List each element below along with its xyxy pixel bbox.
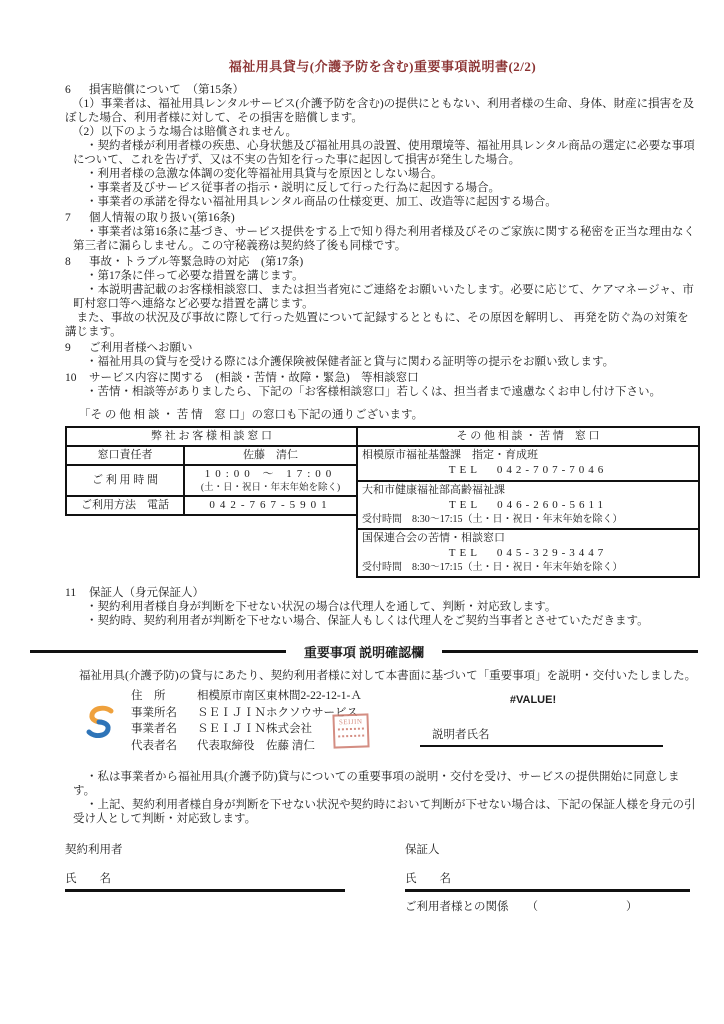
office-label: 事業所名 xyxy=(131,705,197,722)
signature-section: 契約利用者 氏 名 保証人 氏 名 ご利用者様との関係（） xyxy=(65,842,700,915)
document-page: 福祉用具貸与(介護予防を含む)重要事項説明書(2/2) 6損害賠償について （第… xyxy=(0,0,724,1024)
signature-line-guarantor xyxy=(405,889,690,892)
section-6-bullet-4: ・事業者の承諾を得ない福祉用具レンタル商品の仕様変更、加工、改造等に起因する場合… xyxy=(65,195,700,209)
section-heading-text: 事故・トラブル等緊急時の対応 (第17条) xyxy=(89,256,303,268)
seal-illegible-text xyxy=(338,735,364,741)
explainer-name-field: 説明者氏名 xyxy=(420,726,663,747)
tel-number: 042-707-7046 xyxy=(497,464,607,476)
section-6-bullet-1: ・契約者様が利用者様の疾患、心身状態及び福祉用具の設置、使用環境等、福祉用具レン… xyxy=(65,139,700,167)
contact-tel: TEL046-260-5611 xyxy=(362,498,694,513)
agreement-bullet-1: ・私は事業者から福祉用具(介護予防)貸与についての重要事項の説明・交付を受け、サ… xyxy=(65,770,700,798)
table-row: 窓口責任者 佐藤 清仁 xyxy=(67,447,356,466)
agreement-bullet-2: ・上記、契約利用者様自身が判断を下せない状況や契約時において判断が下せない場合は… xyxy=(65,798,700,826)
section-8-paragraph: また、事故の状況及び事故に際して行った処置について記録するとともに、その原因を解… xyxy=(65,311,700,339)
section-consultation: 10サービス内容に関する (相談・苦情・故障・緊急) 等相談窓口 ・苦情・相談等… xyxy=(65,371,700,399)
section-number: 10 xyxy=(65,371,89,385)
contact-name: 国保連合会の苦情・相談窓口 xyxy=(362,531,694,546)
section-8-heading: 8事故・トラブル等緊急時の対応 (第17条) xyxy=(65,255,700,269)
business-hours: 10:00 ～ 17:00 xyxy=(187,467,354,482)
company-rep-row: 代表者名代表取締役 佐藤 清仁 xyxy=(131,738,362,755)
section-number: 11 xyxy=(65,586,89,600)
relation-paren-close: ） xyxy=(626,901,638,913)
confirmation-title: 重要事項 説明確認欄 xyxy=(286,642,442,661)
confirmation-intro: 福祉用具(介護予防)の貸与にあたり、契約利用者様に対して本書面に基づいて「重要事… xyxy=(65,669,700,683)
table-row: ご利用方法 電話 042-767-5901 xyxy=(67,497,356,514)
section-number: 7 xyxy=(65,211,89,225)
row-value: 10:00 ～ 17:00 (土・日・祝日・年末年始を除く) xyxy=(185,466,356,495)
contact-entry: 大和市健康福祉部高齢福祉課 TEL046-260-5611 受付時間 8:30～… xyxy=(358,482,698,530)
seal-illegible-text xyxy=(338,728,364,734)
agreement-block: ・私は事業者から福祉用具(介護予防)貸与についての重要事項の説明・交付を受け、サ… xyxy=(65,770,700,826)
section-9-bullet-1: ・福祉用具の貸与を受ける際には介護保険被保健者証と貸与に関わる証明等の提示をお願… xyxy=(65,355,700,369)
name-label: 氏 名 xyxy=(405,871,700,887)
spreadsheet-value-error: #VALUE! xyxy=(473,694,593,706)
contact-tables: 弊 社 お 客 様 相 談 窓 口 窓口責任者 佐藤 清仁 ご 利 用 時 間 … xyxy=(65,426,700,578)
section-10-heading: 10サービス内容に関する (相談・苦情・故障・緊急) 等相談窓口 xyxy=(65,371,700,385)
tel-number: 046-260-5611 xyxy=(497,499,607,511)
company-office-row: 事業所名ＳＥＩＪＩＮホクソウサービス xyxy=(131,705,362,722)
section-number: 8 xyxy=(65,255,89,269)
guarantor-signature: 保証人 氏 名 ご利用者様との関係（） xyxy=(405,842,700,915)
section-6-bullet-2: ・利用者様の急激な体調の変化等福祉用具貸与を原因としない場合。 xyxy=(65,167,700,181)
section-6-clause-1: （1）事業者は、福祉用具レンタルサービス(介護予防を含む)の提供にともない、利用… xyxy=(65,97,700,125)
divider-rule-left xyxy=(30,650,286,653)
guarantor-label: 保証人 xyxy=(405,842,700,858)
business-hours-note: (土・日・祝日・年末年始を除く) xyxy=(187,482,354,494)
contact-hours: 受付時間 8:30～17:15（土・日・祝日・年末年始を除く） xyxy=(362,513,694,526)
relation-paren-open: （ xyxy=(527,901,539,913)
section-number: 6 xyxy=(65,83,89,97)
section-heading-text: 保証人（身元保証人） xyxy=(89,587,204,599)
row-label: ご 利 用 時 間 xyxy=(67,466,185,495)
section-6-clause-2: （2）以下のような場合は賠償されません。 xyxy=(65,125,700,139)
other-window-note: 「そ の 他 相 談 ・ 苦 情 窓 口」の窓口も下記の通りございます。 xyxy=(65,408,700,422)
section-guarantor: 11保証人（身元保証人） ・契約利用者様自身が判断を下せない状況の場合は代理人を… xyxy=(65,586,700,628)
row-value: 佐藤 清仁 xyxy=(185,447,356,464)
section-11-heading: 11保証人（身元保証人） xyxy=(65,586,700,600)
seijin-logo xyxy=(79,702,121,742)
section-heading-text: サービス内容に関する (相談・苦情・故障・緊急) 等相談窓口 xyxy=(89,372,419,384)
corp-value: ＳＥＩＪＩＮ株式会社 xyxy=(197,723,312,735)
company-contact-table: 弊 社 お 客 様 相 談 窓 口 窓口責任者 佐藤 清仁 ご 利 用 時 間 … xyxy=(65,426,356,516)
rep-label: 代表者名 xyxy=(131,738,197,755)
contract-user-label: 契約利用者 xyxy=(65,842,365,858)
section-heading-text: 個人情報の取り扱い(第16条) xyxy=(89,212,235,224)
company-corp-row: 事業者名ＳＥＩＪＩＮ株式会社 xyxy=(131,721,362,738)
section-7-bullet-1: ・事業者は第16条に基づき、サービス提供をする上で知り得た利用者様及びそのご家族… xyxy=(65,225,700,253)
tel-label: TEL xyxy=(449,499,481,511)
contact-tel: TEL045-329-3447 xyxy=(362,546,694,561)
section-privacy: 7個人情報の取り扱い(第16条) ・事業者は第16条に基づき、サービス提供をする… xyxy=(65,211,700,253)
row-label: ご利用方法 電話 xyxy=(67,497,185,514)
address-label: 住 所 xyxy=(131,688,197,705)
section-user-request: 9ご利用者様へお願い ・福祉用具の貸与を受ける際には介護保険被保健者証と貸与に関… xyxy=(65,341,700,369)
contact-entry: 相模原市福祉基盤課 指定・育成班 TEL042-707-7046 xyxy=(358,447,698,482)
contact-hours: 受付時間 8:30～17:15（土・日・祝日・年末年始を除く） xyxy=(362,561,694,574)
company-seal-stamp: SEIJIN xyxy=(332,713,369,748)
tel-label: TEL xyxy=(449,464,481,476)
contact-entry: 国保連合会の苦情・相談窓口 TEL045-329-3447 受付時間 8:30～… xyxy=(358,530,698,576)
company-rows: 住 所相模原市南区東林間2-22-12-1-Ａ 事業所名ＳＥＩＪＩＮホクソウサー… xyxy=(131,688,362,754)
contact-name: 大和市健康福祉部高齢福祉課 xyxy=(362,483,694,498)
tel-number: 045-329-3447 xyxy=(497,547,607,559)
other-contact-header: そ の 他 相 談 ・ 苦 情 窓 口 xyxy=(358,428,698,447)
section-damages: 6損害賠償について （第15条） （1）事業者は、福祉用具レンタルサービス(介護… xyxy=(65,83,700,209)
contract-user-signature: 契約利用者 氏 名 xyxy=(65,842,365,915)
section-number: 9 xyxy=(65,341,89,355)
address-value: 相模原市南区東林間2-22-12-1-Ａ xyxy=(197,690,362,702)
section-11-bullet-1: ・契約利用者様自身が判断を下せない状況の場合は代理人を通して、判断・対応致します… xyxy=(65,600,700,614)
section-6-heading: 6損害賠償について （第15条） xyxy=(65,83,700,97)
section-heading-text: ご利用者様へお願い xyxy=(89,342,193,354)
company-contact-header: 弊 社 お 客 様 相 談 窓 口 xyxy=(67,428,356,447)
seal-text: SEIJIN xyxy=(335,717,367,726)
row-label: 窓口責任者 xyxy=(67,447,185,464)
section-8-bullet-2: ・本説明書記載のお客様相談窓口、または担当者宛にご連絡をお願いいたします。必要に… xyxy=(65,283,700,311)
document-content: 福祉用具貸与(介護予防を含む)重要事項説明書(2/2) 6損害賠償について （第… xyxy=(0,0,724,915)
section-6-bullet-3: ・事業者及びサービス従事者の指示・説明に反して行った行為に起因する場合。 xyxy=(65,181,700,195)
signature-line-user xyxy=(65,889,345,892)
section-7-heading: 7個人情報の取り扱い(第16条) xyxy=(65,211,700,225)
contact-tel: TEL042-707-7046 xyxy=(362,463,694,478)
company-address-row: 住 所相模原市南区東林間2-22-12-1-Ａ xyxy=(131,688,362,705)
section-8-bullet-1: ・第17条に伴って必要な措置を講じます。 xyxy=(65,269,700,283)
table-row: ご 利 用 時 間 10:00 ～ 17:00 (土・日・祝日・年末年始を除く) xyxy=(67,466,356,497)
divider-rule-right xyxy=(442,650,698,653)
section-10-bullet-1: ・苦情・相談等がありましたら、下記の「お客様相談窓口」若しくは、担当者まで遠慮な… xyxy=(65,385,700,399)
section-9-heading: 9ご利用者様へお願い xyxy=(65,341,700,355)
phone-number: 042-767-5901 xyxy=(185,497,356,514)
relation-row: ご利用者様との関係（） xyxy=(405,899,700,915)
document-title: 福祉用具貸与(介護予防を含む)重要事項説明書(2/2) xyxy=(65,56,700,75)
relation-label: ご利用者様との関係 xyxy=(405,901,509,913)
section-emergency: 8事故・トラブル等緊急時の対応 (第17条) ・第17条に伴って必要な措置を講じ… xyxy=(65,255,700,339)
corp-label: 事業者名 xyxy=(131,721,197,738)
section-heading-text: 損害賠償について （第15条） xyxy=(89,84,244,96)
company-info-block: 住 所相模原市南区東林間2-22-12-1-Ａ 事業所名ＳＥＩＪＩＮホクソウサー… xyxy=(65,688,700,762)
confirmation-divider: 重要事項 説明確認欄 xyxy=(30,642,698,661)
rep-value: 代表取締役 佐藤 清仁 xyxy=(197,740,315,752)
name-label: 氏 名 xyxy=(65,871,365,887)
section-11-bullet-2: ・契約時、契約利用者が判断を下せない場合、保証人もしくは代理人をご契約当事者とさ… xyxy=(65,614,700,628)
other-contact-table: そ の 他 相 談 ・ 苦 情 窓 口 相模原市福祉基盤課 指定・育成班 TEL… xyxy=(356,426,700,578)
contact-name: 相模原市福祉基盤課 指定・育成班 xyxy=(362,448,694,463)
tel-label: TEL xyxy=(449,547,481,559)
